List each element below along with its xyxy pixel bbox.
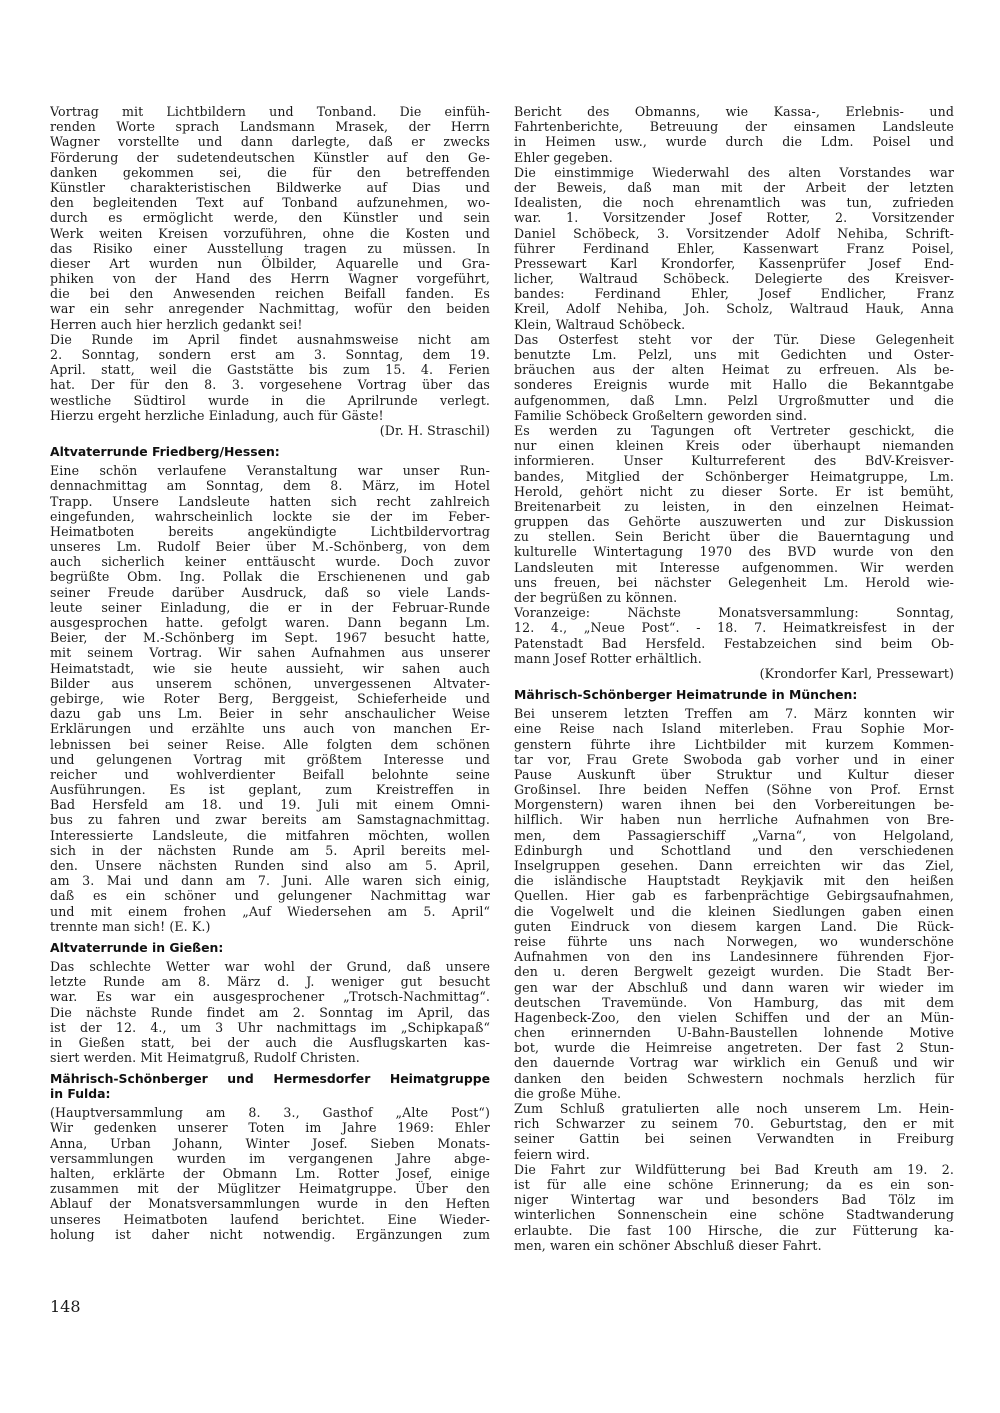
text-line: Es werden zu Tagungen oft Vertreter gesc…	[514, 423, 954, 438]
text-line: feiern wird.	[514, 1147, 954, 1162]
article-paragraph: Eine schön verlaufene Veranstaltung war …	[50, 463, 490, 934]
page-number: 148	[50, 1297, 81, 1316]
text-line: sich in der nächsten Runde am 5. April b…	[50, 843, 490, 858]
text-line: Das schlechte Wetter war wohl der Grund,…	[50, 959, 490, 974]
text-line: 2. Sonntag, sondern erst am 3. Sonntag, …	[50, 347, 490, 362]
text-line: Anna, Urban Johann, Winter Josef. Sieben…	[50, 1136, 490, 1151]
text-line: Voranzeige: Nächste Monatsversammlung: S…	[514, 605, 954, 620]
text-line: bus zu fahren und zwar bereits am Samsta…	[50, 812, 490, 827]
text-line: Fahrtenberichte, Betreuung der einsamen …	[514, 119, 954, 134]
text-line: Ablauf der Monatsversammlungen wurde in …	[50, 1196, 490, 1211]
text-line: zu stellen. Sein Bericht über die Bauern…	[514, 529, 954, 544]
article-paragraph: Das schlechte Wetter war wohl der Grund,…	[50, 959, 490, 1065]
text-line: Ehler gegeben.	[514, 150, 954, 165]
text-line: Heimatboten bereits angekündigte Lichtbi…	[50, 524, 490, 539]
text-line: Edinburgh und Schottland und den verschi…	[514, 843, 954, 858]
text-line: Die einstimmige Wiederwahl des alten Vor…	[514, 165, 954, 180]
text-line: chen erinnernden U-Bahn-Baustellen lohne…	[514, 1025, 954, 1040]
text-line: dazu gab uns Lm. Beier in sehr anschauli…	[50, 706, 490, 721]
text-line: war. Es war ein ausgesprochener „Trotsch…	[50, 989, 490, 1004]
text-line: Hagenbeck-Zoo, den vielen Schiffen und d…	[514, 1010, 954, 1025]
article-paragraph: (Hauptversammlung am 8. 3., Gasthof „Alt…	[50, 1105, 490, 1242]
text-line: die isländische Hauptstadt Reykjavik mit…	[514, 873, 954, 888]
newsletter-page: Vortrag mit Lichtbildern und Tonband. Di…	[0, 0, 1000, 1413]
text-line: Heimatstadt, wie sie heute aussieht, wir…	[50, 661, 490, 676]
text-line: lebnissen bei seiner Reise. Alle folgten…	[50, 737, 490, 752]
text-line: Landsleuten mit Interesse aufgenommen. W…	[514, 560, 954, 575]
text-line: begrüßte Obm. Ing. Pollak die Erschienen…	[50, 569, 490, 584]
author-signature: (Krondorfer Karl, Pressewart)	[514, 666, 954, 681]
text-line: Die Fahrt zur Wildfütterung bei Bad Kreu…	[514, 1162, 954, 1177]
text-line: eine Reise nach Island miterleben. Frau …	[514, 721, 954, 736]
text-line: und gelungenen Vortrag mit größtem Inter…	[50, 752, 490, 767]
text-line: men, waren ein schöner Abschluß dieser F…	[514, 1238, 954, 1253]
text-line: guten Eindruck von diesem kargen Land. D…	[514, 919, 954, 934]
text-line: Wagner vorstellte und dann darlegte, daß…	[50, 134, 490, 149]
text-line: Vortrag mit Lichtbildern und Tonband. Di…	[50, 104, 490, 119]
text-line: sonderes Ereignis wurde mit Hallo die Be…	[514, 377, 954, 392]
text-line: Künstler charakteristischen Bildwerke au…	[50, 180, 490, 195]
text-line: den u. deren Bergwelt gezeigt wurden. Di…	[514, 964, 954, 979]
text-line: Breitenarbeit zu leisten, in den einzeln…	[514, 499, 954, 514]
text-line: dieser Art wurden nun Ölbilder, Aquarell…	[50, 256, 490, 271]
text-line: kulturelle Wintertagung 1970 des BVD wur…	[514, 544, 954, 559]
text-line: unseres Lm. Rudolf Beier über M.-Schönbe…	[50, 539, 490, 554]
text-line: April. statt, weil die Gaststätte bis zu…	[50, 362, 490, 377]
text-line: deutschen Travemünde. Von Hamburg, das m…	[514, 995, 954, 1010]
text-line: hilflich. Wir haben nun herrliche Aufnah…	[514, 812, 954, 827]
text-line: 12. 4., „Neue Post“. - 18. 7. Heimatkrei…	[514, 620, 954, 635]
text-line: niger Wintertag war und besonders Bad Tö…	[514, 1192, 954, 1207]
text-line: seiner Freude darüber Ausdruck, daß so v…	[50, 585, 490, 600]
text-line: winterlichen Sonnenschein eine schöne St…	[514, 1207, 954, 1222]
text-line: Hierzu ergeht herzliche Einladung, auch …	[50, 408, 490, 423]
text-line: auch sicherlich keiner enttäuscht wurde.…	[50, 554, 490, 569]
text-line: tar vor, Frau Grete Swoboda gab vorher u…	[514, 752, 954, 767]
text-line: gen war der Abschluß und dann waren wir …	[514, 980, 954, 995]
text-line: Bericht des Obmanns, wie Kassa-, Erlebni…	[514, 104, 954, 119]
text-line: Klein, Waltraud Schöbeck.	[514, 317, 954, 332]
text-line: der Beweis, daß man mit der Arbeit der l…	[514, 180, 954, 195]
text-line: in Gießen statt, bei der auch die Ausflu…	[50, 1035, 490, 1050]
text-line: Quellen. Hier gab es farbenprächtige Geb…	[514, 888, 954, 903]
text-line: Werk weiten Kreisen vorzuführen, ohne di…	[50, 226, 490, 241]
author-signature: (Dr. H. Straschil)	[50, 423, 490, 438]
text-line: Kreil, Adolf Nehiba, Joh. Scholz, Waltra…	[514, 301, 954, 316]
text-line: in Heimen usw., wurde durch die Ldm. Poi…	[514, 134, 954, 149]
text-line: Familie Schöbeck Großeltern geworden sin…	[514, 408, 954, 423]
text-line: Die nächste Runde findet am 2. Sonntag i…	[50, 1005, 490, 1020]
text-line: bräuchen aus der alten Heimat zu erfreue…	[514, 362, 954, 377]
text-line: leute seiner Einladung, die er in der Fe…	[50, 600, 490, 615]
text-line: bandes, Mitglied der Schönberger Heimatg…	[514, 469, 954, 484]
text-line: Eine schön verlaufene Veranstaltung war …	[50, 463, 490, 478]
text-line: eingefunden, wahrscheinlich lockte sie d…	[50, 509, 490, 524]
text-line: am 3. Mai und dann am 7. Juni. Alle ware…	[50, 873, 490, 888]
article-paragraph: Die Fahrt zur Wildfütterung bei Bad Kreu…	[514, 1162, 954, 1253]
text-line: genstern führte ihre Lichtbilder mit kur…	[514, 737, 954, 752]
text-line: die bei den Anwesenden reichen Beifall f…	[50, 286, 490, 301]
text-line: westliche Südtirol wurde in die Aprilrun…	[50, 393, 490, 408]
text-line: Die Runde im April findet ausnahmsweise …	[50, 332, 490, 347]
text-line: (Hauptversammlung am 8. 3., Gasthof „Alt…	[50, 1105, 490, 1120]
text-line: den dauernde Vortrag war wirklich ein Ge…	[514, 1055, 954, 1070]
article-paragraph: Das Osterfest steht vor der Tür. Diese G…	[514, 332, 954, 423]
text-line: Zum Schluß gratulierten alle noch unsere…	[514, 1101, 954, 1116]
text-line: nur einen kleinen Kreis oder überhaupt n…	[514, 438, 954, 453]
left-column: Vortrag mit Lichtbildern und Tonband. Di…	[50, 104, 490, 1242]
text-line: und mit einem frohen „Auf Wiedersehen am…	[50, 904, 490, 919]
text-line: Inselgruppen gesehen. Dann erreichten wi…	[514, 858, 954, 873]
text-line: Beier, der M.-Schönberg im Sept. 1967 be…	[50, 630, 490, 645]
text-line: phiken von der Hand des Herrn Wagner vor…	[50, 271, 490, 286]
text-line: war ein sehr anregender Nachmittag, wofü…	[50, 301, 490, 316]
text-line: uns freuen, bei nächster Gelegenheit Lm.…	[514, 575, 954, 590]
text-line: licher, Waltraud Schöbeck. Delegierte de…	[514, 271, 954, 286]
text-line: ist der 12. 4., um 3 Uhr nachmittags im …	[50, 1020, 490, 1035]
section-heading: Altvaterrunde Friedberg/Hessen:	[50, 444, 490, 459]
text-line: ist für alle eine schöne Erinnerung; da …	[514, 1177, 954, 1192]
right-column: Bericht des Obmanns, wie Kassa-, Erlebni…	[514, 104, 954, 1253]
text-line: benutzte Lm. Pelzl, uns mit Gedichten un…	[514, 347, 954, 362]
text-line: Pause Auskunft über Struktur und Kultur …	[514, 767, 954, 782]
text-line: führer Ferdinand Ehler, Kassenwart Franz…	[514, 241, 954, 256]
text-line: letzte Runde am 8. März d. J. weniger gu…	[50, 974, 490, 989]
text-line: war. 1. Vorsitzender Josef Rotter, 2. Vo…	[514, 210, 954, 225]
section-heading: Mährisch-Schönberger Heimatrunde in Münc…	[514, 687, 954, 702]
text-line: halten, erklärte der Obmann Lm. Rotter J…	[50, 1166, 490, 1181]
text-line: Das Osterfest steht vor der Tür. Diese G…	[514, 332, 954, 347]
text-line: aufgenommen, daß Lmn. Pelzl Urgroßmutter…	[514, 393, 954, 408]
text-line: gruppen das Gehörte auszuwerten und zur …	[514, 514, 954, 529]
text-line: den begleitenden Text auf Tonband aufzun…	[50, 195, 490, 210]
article-paragraph: Es werden zu Tagungen oft Vertreter gesc…	[514, 423, 954, 605]
section-heading-line: Mährisch-Schönberger Heimatrunde in Münc…	[514, 687, 857, 702]
text-line: dennachmittag am Sonntag, dem 8. März, i…	[50, 478, 490, 493]
article-paragraph: Die Runde im April findet ausnahmsweise …	[50, 332, 490, 423]
text-line: gebirge, wie Roter Berg, Berggeist, Schi…	[50, 691, 490, 706]
text-line: Morgenstern) waren ihnen bei den Vorbere…	[514, 797, 954, 812]
section-heading-line: Altvaterrunde in Gießen:	[50, 940, 223, 955]
text-line: reicher und wohlverdienter Beifall beloh…	[50, 767, 490, 782]
text-line: das Risiko einer Ausstellung tragen zu m…	[50, 241, 490, 256]
section-heading-line: Mährisch-Schönberger und Hermesdorfer He…	[50, 1071, 490, 1086]
text-line: Großinsel. Ihre beiden Neffen (Söhne von…	[514, 782, 954, 797]
text-line: Idealisten, die noch ehrenamtlich was tu…	[514, 195, 954, 210]
text-line: unseres Heimatboten laufend berichtet. E…	[50, 1212, 490, 1227]
text-line: Bilder aus unserem schönen, unvergessene…	[50, 676, 490, 691]
text-line: bot, wurde die Heimreise angetreten. Der…	[514, 1040, 954, 1055]
text-line: Daniel Schöbeck, 3. Vorsitzender Adolf N…	[514, 226, 954, 241]
text-line: der begrüßen zu können.	[514, 590, 954, 605]
text-line: siert werden. Mit Heimatgruß, Rudolf Chr…	[50, 1050, 490, 1065]
text-line: rich Schwarzer zu seinem 70. Geburtstag,…	[514, 1116, 954, 1131]
text-line: hat. Der für den 8. 3. vorgesehene Vortr…	[50, 377, 490, 392]
text-line: holung ist daher nicht notwendig. Ergänz…	[50, 1227, 490, 1242]
text-line: den. Unsere nächsten Runden sind also am…	[50, 858, 490, 873]
text-line: Herold, gehört nicht zu dieser Sorte. Er…	[514, 484, 954, 499]
text-line: Ausführungen. Es ist geplant, zum Kreist…	[50, 782, 490, 797]
article-paragraph: Bericht des Obmanns, wie Kassa-, Erlebni…	[514, 104, 954, 165]
text-line: daß es ein schöner und gelungener Nachmi…	[50, 888, 490, 903]
section-heading-line: Altvaterrunde Friedberg/Hessen:	[50, 444, 280, 459]
section-heading-line: in Fulda:	[50, 1086, 490, 1101]
text-line: Bad Hersfeld am 18. und 19. Juli mit ein…	[50, 797, 490, 812]
section-heading: Mährisch-Schönberger und Hermesdorfer He…	[50, 1071, 490, 1101]
text-line: die große Mühe.	[514, 1086, 954, 1101]
text-line: informieren. Unser Kulturreferent des Bd…	[514, 453, 954, 468]
text-line: mann Josef Rotter erhältlich.	[514, 651, 954, 666]
text-line: Wir gedenken unserer Toten im Jahre 1969…	[50, 1120, 490, 1135]
text-line: Bei unserem letzten Treffen am 7. März k…	[514, 706, 954, 721]
text-line: Aufnahmen von den ins Landesinnere führe…	[514, 949, 954, 964]
text-line: Patenstadt Bad Hersfeld. Festabzeichen s…	[514, 636, 954, 651]
text-line: versammlungen wurden im vergangenen Jahr…	[50, 1151, 490, 1166]
article-paragraph: Voranzeige: Nächste Monatsversammlung: S…	[514, 605, 954, 666]
text-line: Pressewart Karl Krondorfer, Kassenprüfer…	[514, 256, 954, 271]
text-line: Herren auch hier herzlich gedankt sei!	[50, 317, 490, 332]
text-line: Erklärungen und erzählte uns auch von ma…	[50, 721, 490, 736]
text-line: reise führte uns nach Norwegen, wo wunde…	[514, 934, 954, 949]
text-line: erlaubte. Die fast 100 Hirsche, die zur …	[514, 1223, 954, 1238]
text-line: trennte man sich! (E. K.)	[50, 919, 490, 934]
article-paragraph: Die einstimmige Wiederwahl des alten Vor…	[514, 165, 954, 332]
article-paragraph: Bei unserem letzten Treffen am 7. März k…	[514, 706, 954, 1101]
text-line: danken gekommen sei, die für den betreff…	[50, 165, 490, 180]
section-heading: Altvaterrunde in Gießen:	[50, 940, 490, 955]
article-paragraph: Zum Schluß gratulierten alle noch unsere…	[514, 1101, 954, 1162]
text-line: renden Worte sprach Landsmann Mrasek, de…	[50, 119, 490, 134]
text-line: Förderung der sudetendeutschen Künstler …	[50, 150, 490, 165]
article-paragraph: Vortrag mit Lichtbildern und Tonband. Di…	[50, 104, 490, 332]
text-line: zusammen mit der Müglitzer Heimatgruppe.…	[50, 1181, 490, 1196]
text-line: durch es ermöglicht werde, den Künstler …	[50, 210, 490, 225]
text-line: ausgesprochen hatte. gefolgt waren. Dann…	[50, 615, 490, 630]
text-line: seiner Gattin bei seinen Verwandten in F…	[514, 1131, 954, 1146]
text-line: Trapp. Unsere Landsleute hatten sich rec…	[50, 494, 490, 509]
text-line: danken den beiden Schwestern nochmals he…	[514, 1071, 954, 1086]
text-line: men, dem Passagierschiff „Varna“, von He…	[514, 828, 954, 843]
text-line: die Vogelwelt und die kleinen Siedlungen…	[514, 904, 954, 919]
text-line: bandes: Ferdinand Ehler, Josef Endlicher…	[514, 286, 954, 301]
text-line: Interessierte Landsleute, die mitfahren …	[50, 828, 490, 843]
text-line: mit seinem Vortrag. Wir sahen Aufnahmen …	[50, 645, 490, 660]
